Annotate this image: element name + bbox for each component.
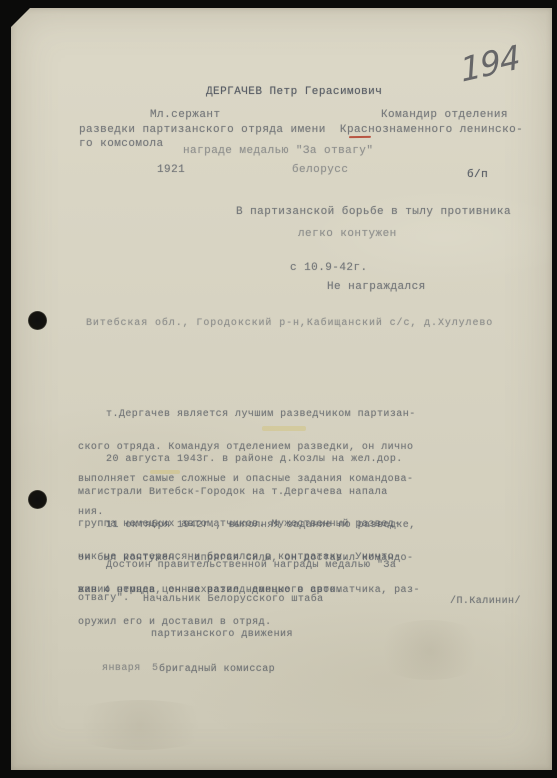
citation-line: т.Дергачев является лучшим разведчиком п…	[78, 410, 416, 421]
punch-hole-bottom	[28, 490, 47, 509]
signatory-title-line: Начальник Белорусского штаба	[143, 594, 324, 606]
signatory-title-line: партизанского движения	[143, 629, 324, 641]
combat-participation-line: В партизанской борьбе в тылу противника	[236, 206, 511, 218]
punch-hole-top	[28, 311, 47, 330]
unit-line-1: разведки партизанского отряда имени Крас…	[79, 124, 523, 136]
corner-fold	[11, 8, 30, 27]
date-day: 5	[152, 663, 158, 674]
prior-awards-line: Не награждался	[327, 281, 426, 293]
highlight-mark	[262, 426, 306, 431]
red-underline-mark	[349, 136, 371, 138]
document-scan: 194 ДЕРГАЧЕВ Петр Герасимович Мл.сержант…	[0, 0, 557, 778]
recipient-name: ДЕРГАЧЕВ Петр Герасимович	[206, 86, 382, 98]
date-month: января	[102, 663, 141, 674]
position-label: Командир отделения	[381, 109, 508, 121]
birth-year: 1921	[157, 164, 185, 176]
wound-line: легко контужен	[298, 228, 397, 240]
unit-line-2: го комсомола	[79, 138, 164, 150]
nationality: белорусс	[292, 164, 348, 176]
rank-label: Мл.сержант	[150, 109, 221, 121]
party-status: б/п	[467, 169, 488, 181]
citation-line: 20 августа 1943г. в районе д.Козлы на же…	[78, 455, 420, 466]
signer-name: /П.Калинин/	[450, 596, 521, 607]
signatory-title: Начальник Белорусского штаба партизанско…	[143, 571, 324, 699]
citation-line: 11 октября 1942г., выполняя задание по р…	[78, 521, 416, 532]
service-since-date: с 10.9-42г.	[290, 262, 368, 274]
home-address: Витебская обл., Городокский р-н,Кабищанс…	[86, 318, 493, 329]
citation-line: магистрали Витебск-Городок на т.Дергачев…	[78, 488, 420, 499]
signatory-title-line: бригадный комиссар	[143, 664, 324, 676]
highlight-mark	[150, 470, 180, 474]
award-proposal-line: награде медалью "За отвагу"	[183, 145, 373, 157]
